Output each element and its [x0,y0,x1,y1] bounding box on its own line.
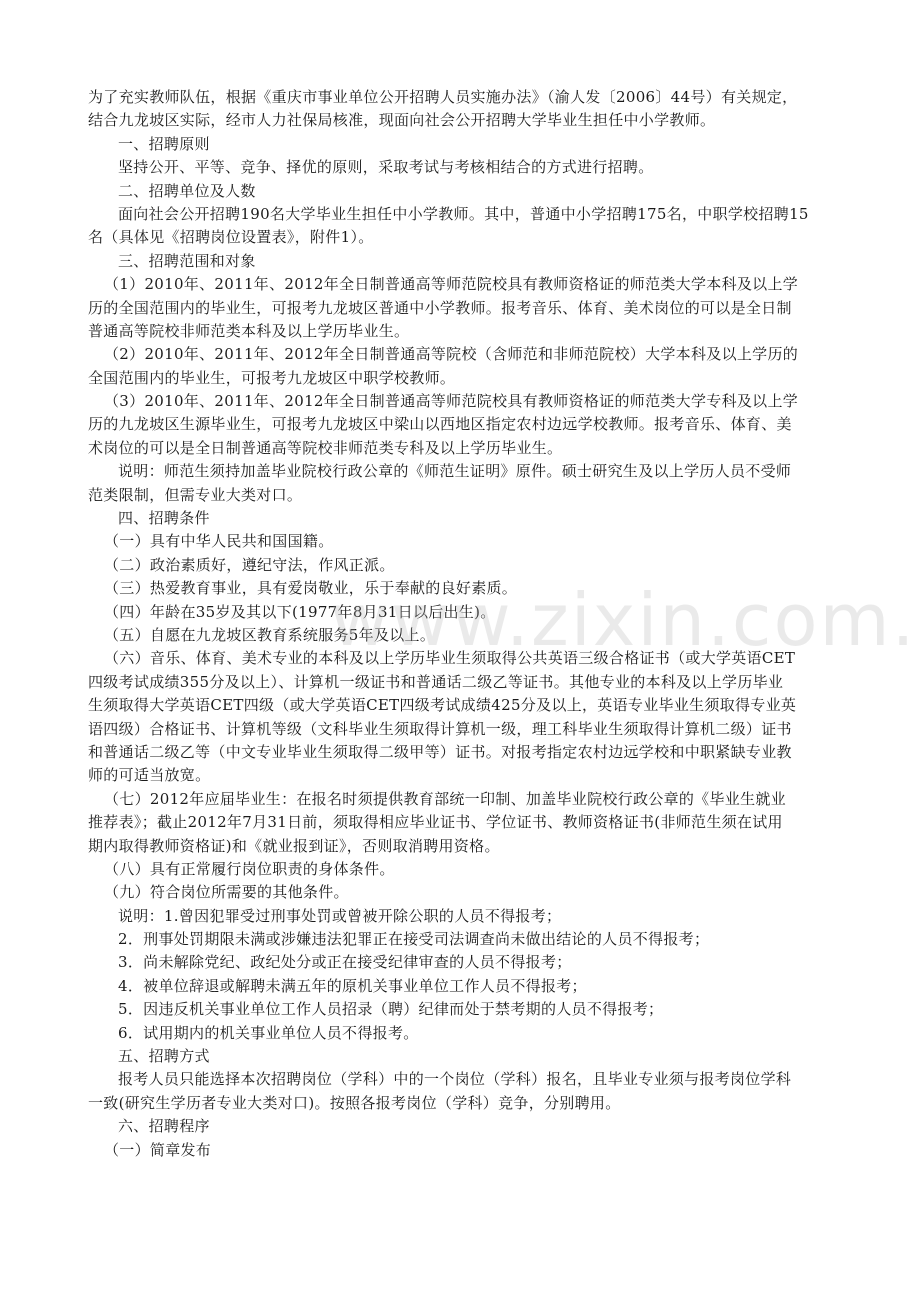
paragraph-line: 术岗位的可以是全日制普通高等院校非师范类专科及以上学历毕业生。 [88,437,836,460]
note-line: 说明：1.曾因犯罪受过刑事处罚或曾被开除公职的人员不得报考； [88,905,836,928]
procedure-item: （一）简章发布 [88,1139,836,1162]
paragraph-line: 期内取得教师资格证)和《就业报到证》，否则取消聘用资格。 [88,835,836,858]
paragraph-line: 语四级）合格证书、计算机等级（文科毕业生须取得计算机一级，理工科毕业生须取得计算… [88,718,836,741]
paragraph-line: 面向社会公开招聘190名大学毕业生担任中小学教师。其中，普通中小学招聘175名，… [88,203,836,226]
exclusion-item: 4．被单位辞退或解聘未满五年的原机关事业单位工作人员不得报考； [88,975,836,998]
paragraph-line: 普通高等院校非师范类本科及以上学历毕业生。 [88,320,836,343]
condition-item: （六）音乐、体育、美术专业的本科及以上学历毕业生须取得公共英语三级合格证书（或大… [88,647,836,670]
section-heading-units: 二、招聘单位及人数 [88,180,836,203]
condition-item: （二）政治素质好，遵纪守法，作风正派。 [88,554,836,577]
condition-item: （四）年龄在35岁及其以下(1977年8月31日以后出生)。 [88,601,836,624]
section-heading-principles: 一、招聘原则 [88,133,836,156]
section-heading-procedure: 六、招聘程序 [88,1115,836,1138]
paragraph-line: 和普通话二级乙等（中文专业毕业生须取得二级甲等）证书。对报考指定农村边远学校和中… [88,741,836,764]
note-line: 说明：师范生须持加盖毕业院校行政公章的《师范生证明》原件。硕士研究生及以上学历人… [88,460,836,483]
condition-item: （八）具有正常履行岗位职责的身体条件。 [88,858,836,881]
condition-item: （五）自愿在九龙坡区教育系统服务5年及以上。 [88,624,836,647]
exclusion-item: 2．刑事处罚期限未满或涉嫌违法犯罪正在接受司法调查尚未做出结论的人员不得报考； [88,928,836,951]
condition-item: （九）符合岗位所需要的其他条件。 [88,881,836,904]
paragraph-line: （3）2010年、2011年、2012年全日制普通高等师范院校具有教师资格证的师… [88,390,836,413]
condition-item: （一）具有中华人民共和国国籍。 [88,530,836,553]
paragraph-line: 坚持公开、平等、竞争、择优的原则，采取考试与考核相结合的方式进行招聘。 [88,156,836,179]
note-line: 范类限制，但需专业大类对口。 [88,484,836,507]
exclusion-item: 6．试用期内的机关事业单位人员不得报考。 [88,1022,836,1045]
exclusion-item: 5．因违反机关事业单位工作人员招录（聘）纪律而处于禁考期的人员不得报考； [88,998,836,1021]
paragraph-line: 全国范围内的毕业生，可报考九龙坡区中职学校教师。 [88,367,836,390]
paragraph-line: 推荐表》；截止2012年7月31日前，须取得相应毕业证书、学位证书、教师资格证书… [88,811,836,834]
paragraph-line: 报考人员只能选择本次招聘岗位（学科）中的一个岗位（学科）报名，且毕业专业须与报考… [88,1068,836,1091]
section-heading-method: 五、招聘方式 [88,1045,836,1068]
exclusion-item: 3．尚未解除党纪、政纪处分或正在接受纪律审查的人员不得报考； [88,951,836,974]
document-body: 为了充实教师队伍，根据《重庆市事业单位公开招聘人员实施办法》（渝人发〔2006〕… [88,86,836,1162]
section-heading-scope: 三、招聘范围和对象 [88,250,836,273]
paragraph-line: 历的九龙坡区生源毕业生，可报考九龙坡区中梁山以西地区指定农村边远学校教师。报考音… [88,413,836,436]
paragraph-line: 四级考试成绩355分及以上）、计算机一级证书和普通话二级乙等证书。其他专业的本科… [88,671,836,694]
section-heading-conditions: 四、招聘条件 [88,507,836,530]
paragraph-line: （1）2010年、2011年、2012年全日制普通高等师范院校具有教师资格证的师… [88,273,836,296]
intro-line-2: 结合九龙坡区实际，经市人力社保局核准，现面向社会公开招聘大学毕业生担任中小学教师… [88,109,836,132]
condition-item: （三）热爱教育事业，具有爱岗敬业，乐于奉献的良好素质。 [88,577,836,600]
paragraph-line: 历的全国范围内的毕业生，可报考九龙坡区普通中小学教师。报考音乐、体育、美术岗位的… [88,297,836,320]
paragraph-line: 生须取得大学英语CET四级（或大学英语CET四级考试成绩425分及以上，英语专业… [88,694,836,717]
paragraph-line: 名（具体见《招聘岗位设置表》，附件1）。 [88,226,836,249]
paragraph-line: 一致(研究生学历者专业大类对口)。按照各报考岗位（学科）竞争，分别聘用。 [88,1092,836,1115]
intro-line-1: 为了充实教师队伍，根据《重庆市事业单位公开招聘人员实施办法》（渝人发〔2006〕… [88,86,836,109]
condition-item: （七）2012年应届毕业生：在报名时须提供教育部统一印制、加盖毕业院校行政公章的… [88,788,836,811]
paragraph-line: 师的可适当放宽。 [88,764,836,787]
paragraph-line: （2）2010年、2011年、2012年全日制普通高等院校（含师范和非师范院校）… [88,343,836,366]
